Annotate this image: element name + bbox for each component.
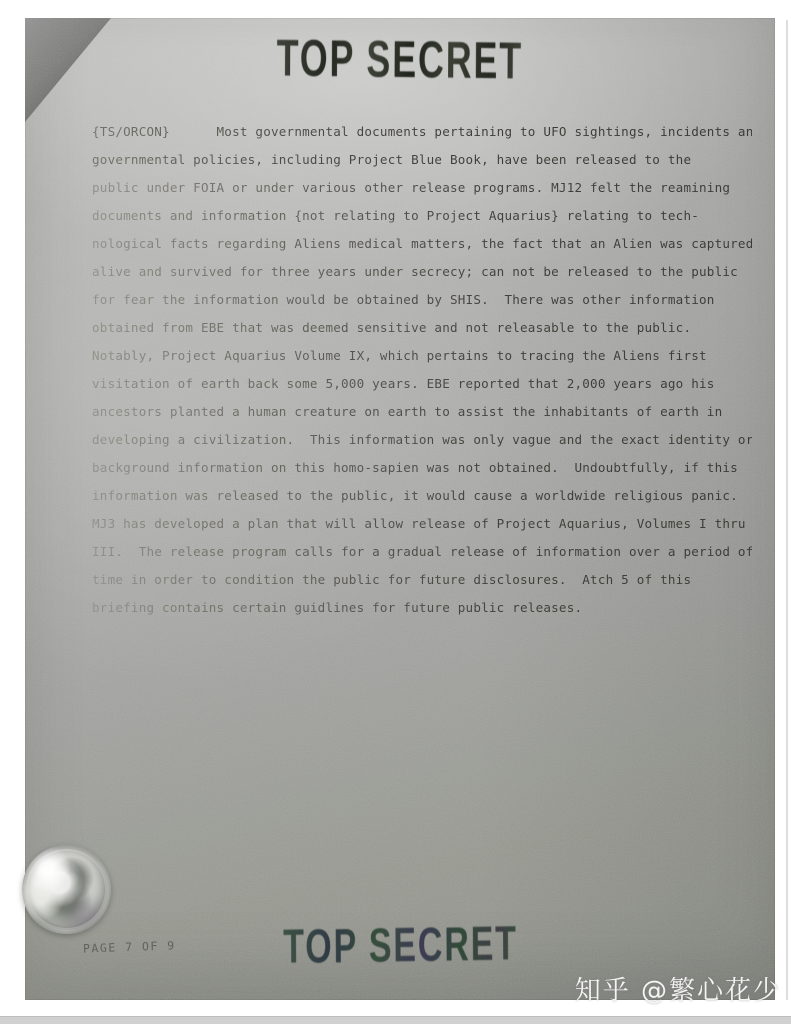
scan-edge-line xyxy=(786,20,788,1000)
top-secret-stamp-bottom: TOP SECRET xyxy=(283,917,518,975)
text-line: MJ3 has developed a plan that will allow… xyxy=(92,510,752,538)
text-line: briefing contains certain guidlines for … xyxy=(92,594,752,622)
text-line: documents and information {not relating … xyxy=(92,202,752,230)
page-number: PAGE 7 OF 9 xyxy=(83,938,176,955)
text-line: governmental policies, including Project… xyxy=(92,146,752,174)
text-line: Notably, Project Aquarius Volume IX, whi… xyxy=(92,342,752,370)
text-line: visitation of earth back some 5,000 year… xyxy=(92,370,752,398)
text-line: developing a civilization. This informat… xyxy=(92,426,752,454)
text-line: III. The release program calls for a gra… xyxy=(92,538,752,566)
watermark: 知乎 @繁心花少 xyxy=(575,970,781,1007)
document-body: {TS/ORCON} Most governmental documents p… xyxy=(92,118,752,622)
text-line: {TS/ORCON} Most governmental documents p… xyxy=(92,118,752,146)
scanned-document: TOP SECRET {TS/ORCON} Most governmental … xyxy=(25,18,775,1000)
text-line: for fear the information would be obtain… xyxy=(92,286,752,314)
quarter-coin xyxy=(22,845,111,934)
text-line: information was released to the public, … xyxy=(92,482,752,510)
text-line: nological facts regarding Aliens medical… xyxy=(92,230,752,258)
text-line: time in order to condition the public fo… xyxy=(92,566,752,594)
text-line: public under FOIA or under various other… xyxy=(92,174,752,202)
bottom-edge-strip xyxy=(0,1016,791,1024)
text-line: alive and survived for three years under… xyxy=(92,258,752,286)
fold-corner-shadow xyxy=(25,18,111,122)
top-secret-stamp-top: TOP SECRET xyxy=(276,30,523,91)
text-line: background information on this homo-sapi… xyxy=(92,454,752,482)
text-line: ancestors planted a human creature on ea… xyxy=(92,398,752,426)
text-line: obtained from EBE that was deemed sensit… xyxy=(92,314,752,342)
page-background: { "document": { "stamp_top": "TOP SECRET… xyxy=(0,0,791,1024)
